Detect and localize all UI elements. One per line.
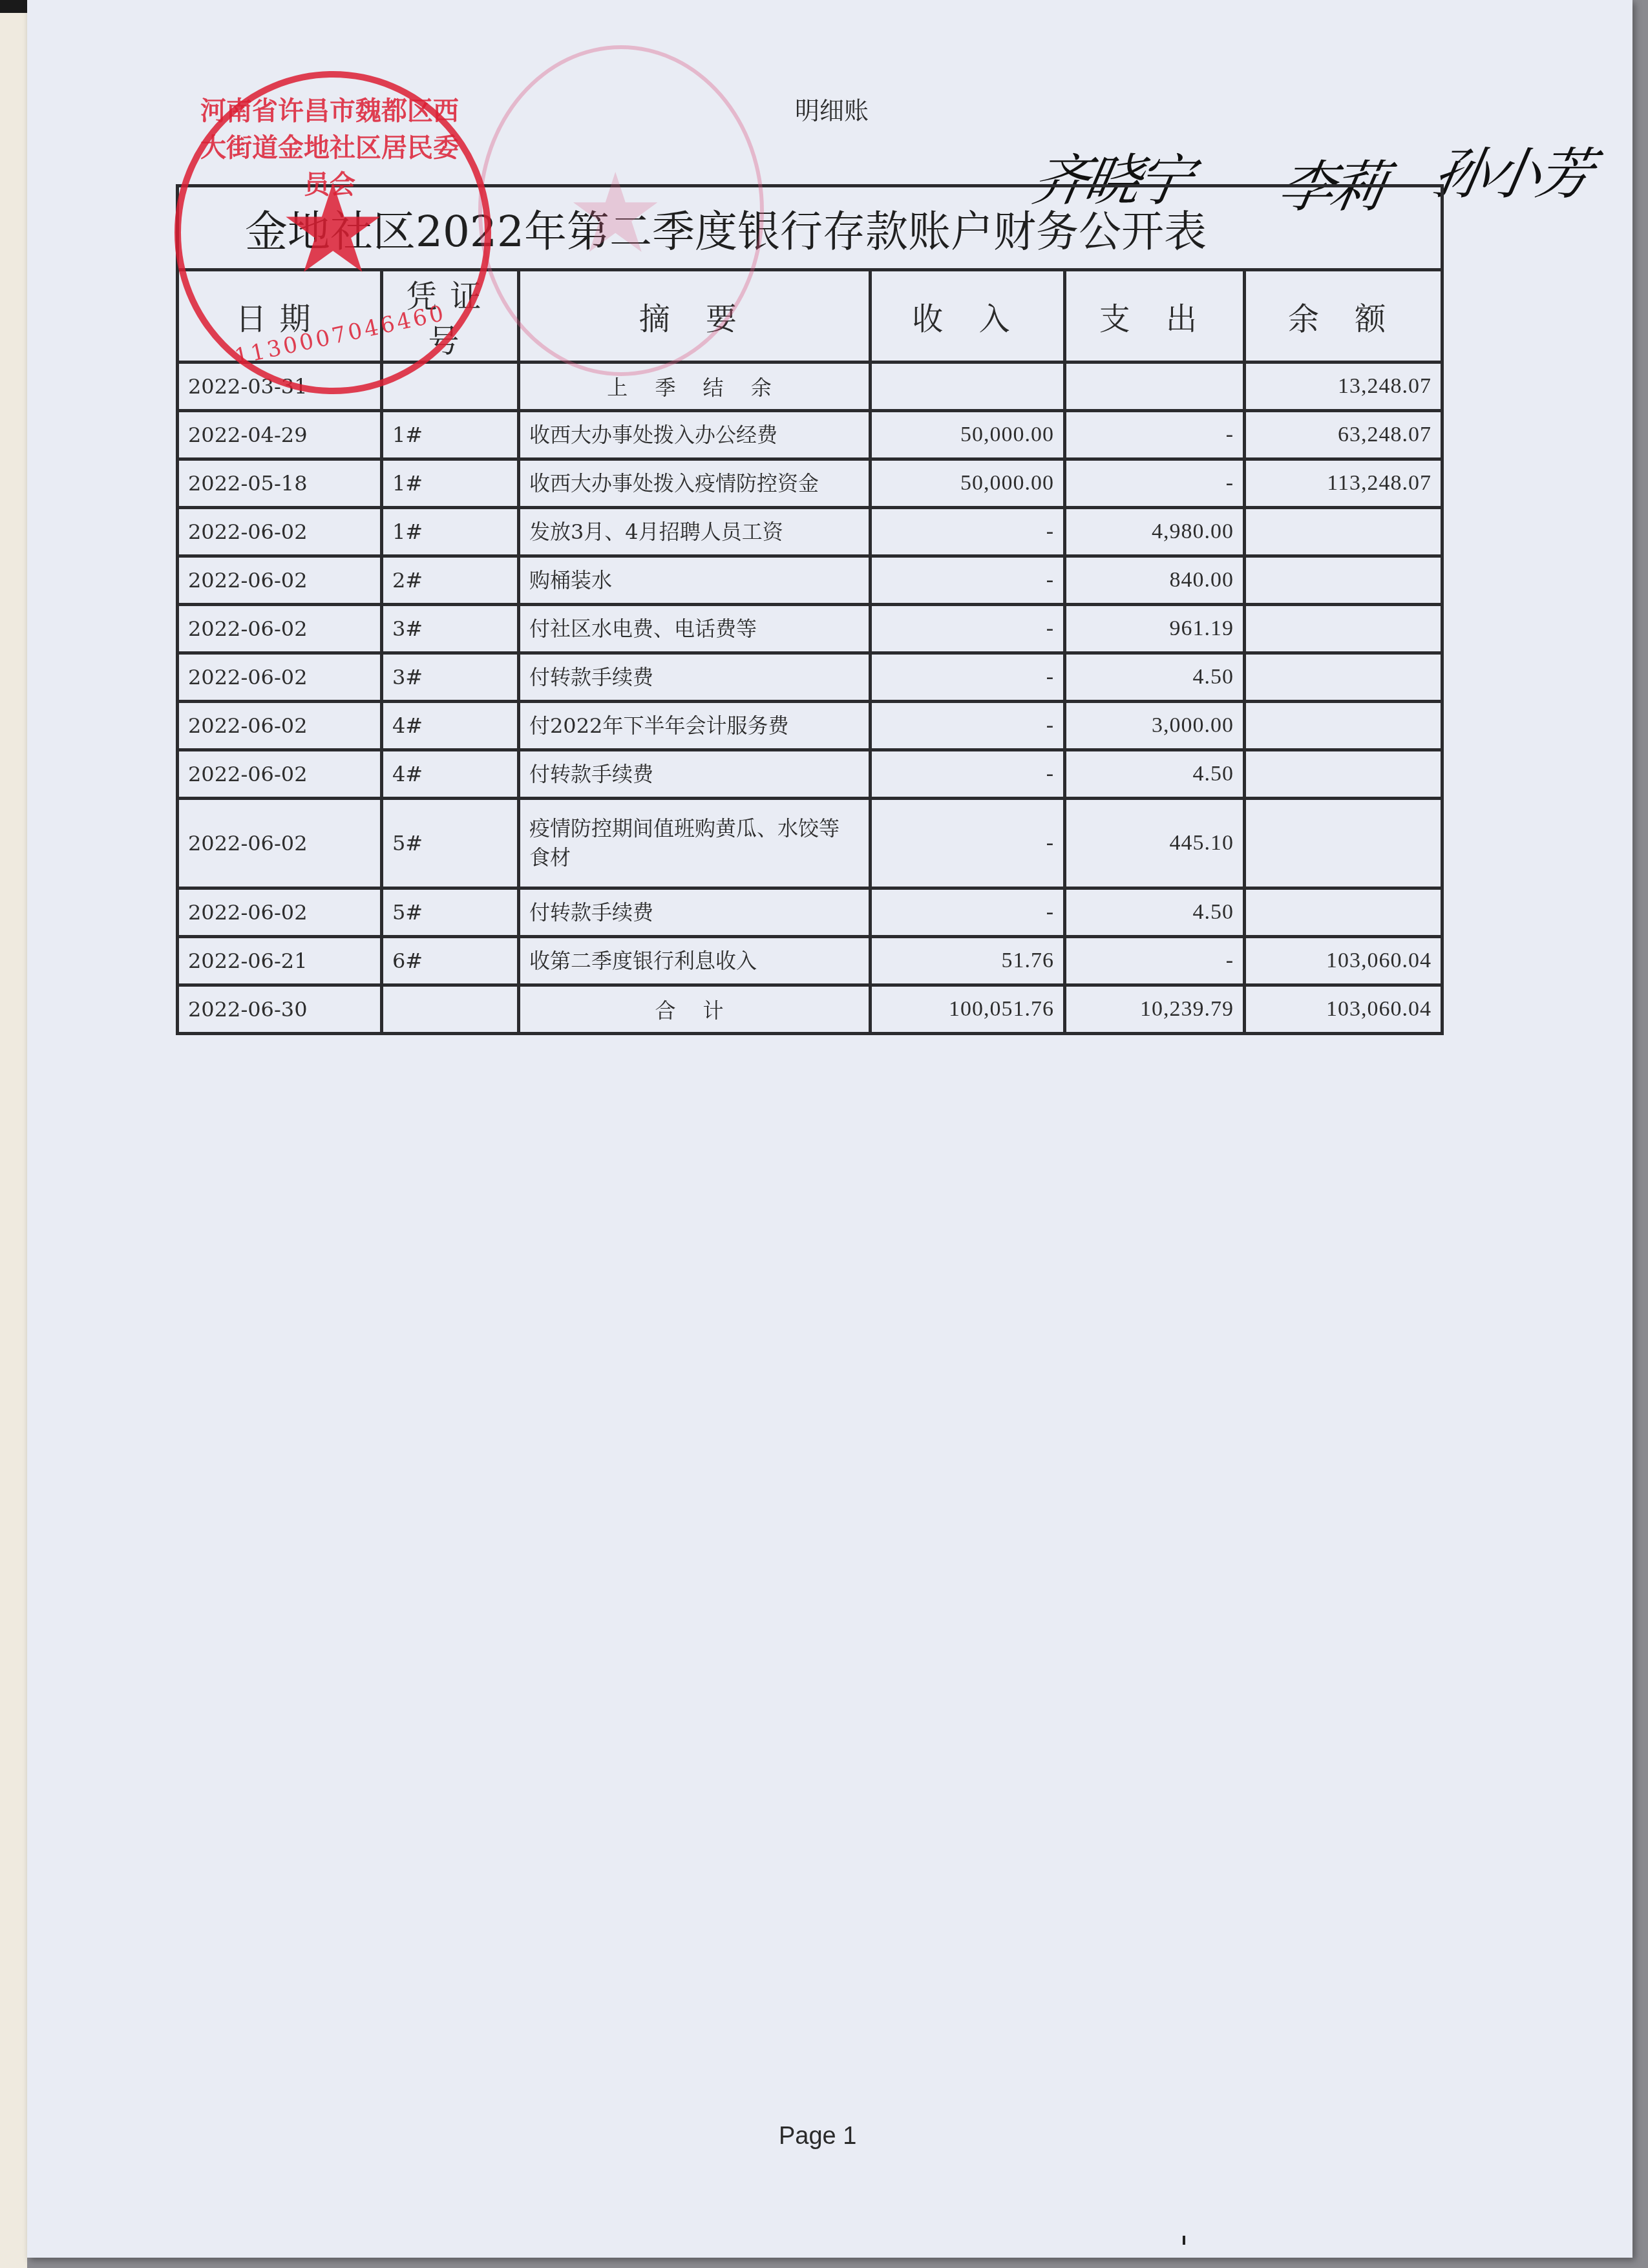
cell-voucher: [382, 985, 519, 1034]
table-header-row: 日期 凭证号 摘 要 收 入 支 出 余 额: [178, 270, 1442, 362]
cell-balance: 103,060.04: [1245, 937, 1442, 985]
cell-voucher: 3#: [382, 653, 519, 702]
scan-edge-strip: [0, 13, 27, 2268]
cell-voucher: 4#: [382, 750, 519, 799]
cell-balance: [1245, 508, 1442, 556]
cell-summary: 收西大办事处拨入疫情防控资金: [519, 459, 871, 508]
table-row: 2022-06-025#疫情防控期间值班购黄瓜、水饺等食材-445.10: [178, 799, 1442, 888]
cell-balance: [1245, 605, 1442, 653]
table-row: 2022-06-022#购桶装水-840.00: [178, 556, 1442, 605]
cell-voucher: 4#: [382, 702, 519, 750]
table-row: 2022-06-024#付转款手续费-4.50: [178, 750, 1442, 799]
cell-summary: 合 计: [519, 985, 871, 1034]
cell-voucher: 1#: [382, 411, 519, 459]
cell-date: 2022-06-02: [178, 653, 382, 702]
table-row: 2022-06-021#发放3月、4月招聘人员工资-4,980.00: [178, 508, 1442, 556]
cell-summary: 付转款手续费: [519, 653, 871, 702]
cell-summary: 收西大办事处拨入办公经费: [519, 411, 871, 459]
signature-3: 孙小芳: [1428, 129, 1597, 209]
cell-expense: 10,239.79: [1065, 985, 1245, 1034]
cell-balance: 63,248.07: [1245, 411, 1442, 459]
table-row: 2022-06-025#付转款手续费-4.50: [178, 888, 1442, 937]
cell-summary: 上 季 结 余: [519, 362, 871, 411]
cell-income: -: [871, 653, 1065, 702]
cell-expense: 4.50: [1065, 653, 1245, 702]
cell-expense: 445.10: [1065, 799, 1245, 888]
cell-date: 2022-06-02: [178, 508, 382, 556]
cell-summary: 购桶装水: [519, 556, 871, 605]
cell-balance: 113,248.07: [1245, 459, 1442, 508]
cell-income: -: [871, 556, 1065, 605]
cell-date: 2022-04-29: [178, 411, 382, 459]
ledger-label: 明细账: [795, 90, 869, 126]
cell-summary: 疫情防控期间值班购黄瓜、水饺等食材: [519, 799, 871, 888]
page-number: Page 1: [779, 2123, 856, 2150]
cell-expense: -: [1065, 459, 1245, 508]
cell-income: 51.76: [871, 937, 1065, 985]
cell-date: 2022-06-21: [178, 937, 382, 985]
cell-summary: 付转款手续费: [519, 750, 871, 799]
cell-date: 2022-06-02: [178, 799, 382, 888]
cell-balance: [1245, 799, 1442, 888]
table-row: 2022-06-216#收第二季度银行利息收入51.76-103,060.04: [178, 937, 1442, 985]
header-balance: 余 额: [1245, 270, 1442, 362]
ledger-table-container: 金地社区2022年第二季度银行存款账户财务公开表 日期 凭证号 摘 要 收 入 …: [176, 184, 1441, 1035]
cell-balance: [1245, 888, 1442, 937]
table-row: 2022-04-291#收西大办事处拨入办公经费50,000.00-63,248…: [178, 411, 1442, 459]
table-title: 金地社区2022年第二季度银行存款账户财务公开表: [178, 186, 1442, 270]
ledger-table: 金地社区2022年第二季度银行存款账户财务公开表 日期 凭证号 摘 要 收 入 …: [176, 184, 1444, 1035]
table-row: 2022-03-31上 季 结 余13,248.07: [178, 362, 1442, 411]
cell-voucher: 1#: [382, 459, 519, 508]
cell-income: -: [871, 508, 1065, 556]
cell-income: [871, 362, 1065, 411]
scan-edge-dark: [0, 0, 27, 13]
cell-voucher: 5#: [382, 799, 519, 888]
cell-expense: 4.50: [1065, 750, 1245, 799]
cell-balance: [1245, 702, 1442, 750]
cell-summary: 付转款手续费: [519, 888, 871, 937]
cell-date: 2022-06-30: [178, 985, 382, 1034]
table-row: 2022-06-023#付转款手续费-4.50: [178, 653, 1442, 702]
cell-summary: 收第二季度银行利息收入: [519, 937, 871, 985]
cell-income: 50,000.00: [871, 459, 1065, 508]
cell-expense: 961.19: [1065, 605, 1245, 653]
cell-balance: 13,248.07: [1245, 362, 1442, 411]
cell-income: -: [871, 888, 1065, 937]
cell-expense: 3,000.00: [1065, 702, 1245, 750]
header-income: 收 入: [871, 270, 1065, 362]
cell-income: -: [871, 799, 1065, 888]
cell-voucher: 2#: [382, 556, 519, 605]
cell-date: 2022-06-02: [178, 556, 382, 605]
cell-expense: [1065, 362, 1245, 411]
cell-income: -: [871, 750, 1065, 799]
cell-expense: 4,980.00: [1065, 508, 1245, 556]
cell-income: 100,051.76: [871, 985, 1065, 1034]
cell-expense: 840.00: [1065, 556, 1245, 605]
table-row: 2022-05-181#收西大办事处拨入疫情防控资金50,000.00-113,…: [178, 459, 1442, 508]
cell-summary: 付2022年下半年会计服务费: [519, 702, 871, 750]
header-expense: 支 出: [1065, 270, 1245, 362]
cell-balance: [1245, 653, 1442, 702]
table-row: 2022-06-30合 计100,051.7610,239.79103,060.…: [178, 985, 1442, 1034]
cell-summary: 发放3月、4月招聘人员工资: [519, 508, 871, 556]
cell-expense: 4.50: [1065, 888, 1245, 937]
cell-income: -: [871, 605, 1065, 653]
cell-income: -: [871, 702, 1065, 750]
cell-voucher: 1#: [382, 508, 519, 556]
cell-balance: 103,060.04: [1245, 985, 1442, 1034]
header-date: 日期: [178, 270, 382, 362]
header-voucher: 凭证号: [382, 270, 519, 362]
cell-voucher: 6#: [382, 937, 519, 985]
cell-date: 2022-03-31: [178, 362, 382, 411]
cell-summary: 付社区水电费、电话费等: [519, 605, 871, 653]
cell-date: 2022-06-02: [178, 605, 382, 653]
cell-voucher: 3#: [382, 605, 519, 653]
cell-date: 2022-06-02: [178, 702, 382, 750]
table-row: 2022-06-023#付社区水电费、电话费等-961.19: [178, 605, 1442, 653]
cell-expense: -: [1065, 411, 1245, 459]
cell-income: 50,000.00: [871, 411, 1065, 459]
header-summary: 摘 要: [519, 270, 871, 362]
cell-date: 2022-06-02: [178, 750, 382, 799]
cell-balance: [1245, 750, 1442, 799]
scan-mark: [1183, 2236, 1185, 2245]
table-row: 2022-06-024#付2022年下半年会计服务费-3,000.00: [178, 702, 1442, 750]
cell-expense: -: [1065, 937, 1245, 985]
cell-date: 2022-06-02: [178, 888, 382, 937]
cell-voucher: [382, 362, 519, 411]
cell-date: 2022-05-18: [178, 459, 382, 508]
cell-voucher: 5#: [382, 888, 519, 937]
cell-balance: [1245, 556, 1442, 605]
